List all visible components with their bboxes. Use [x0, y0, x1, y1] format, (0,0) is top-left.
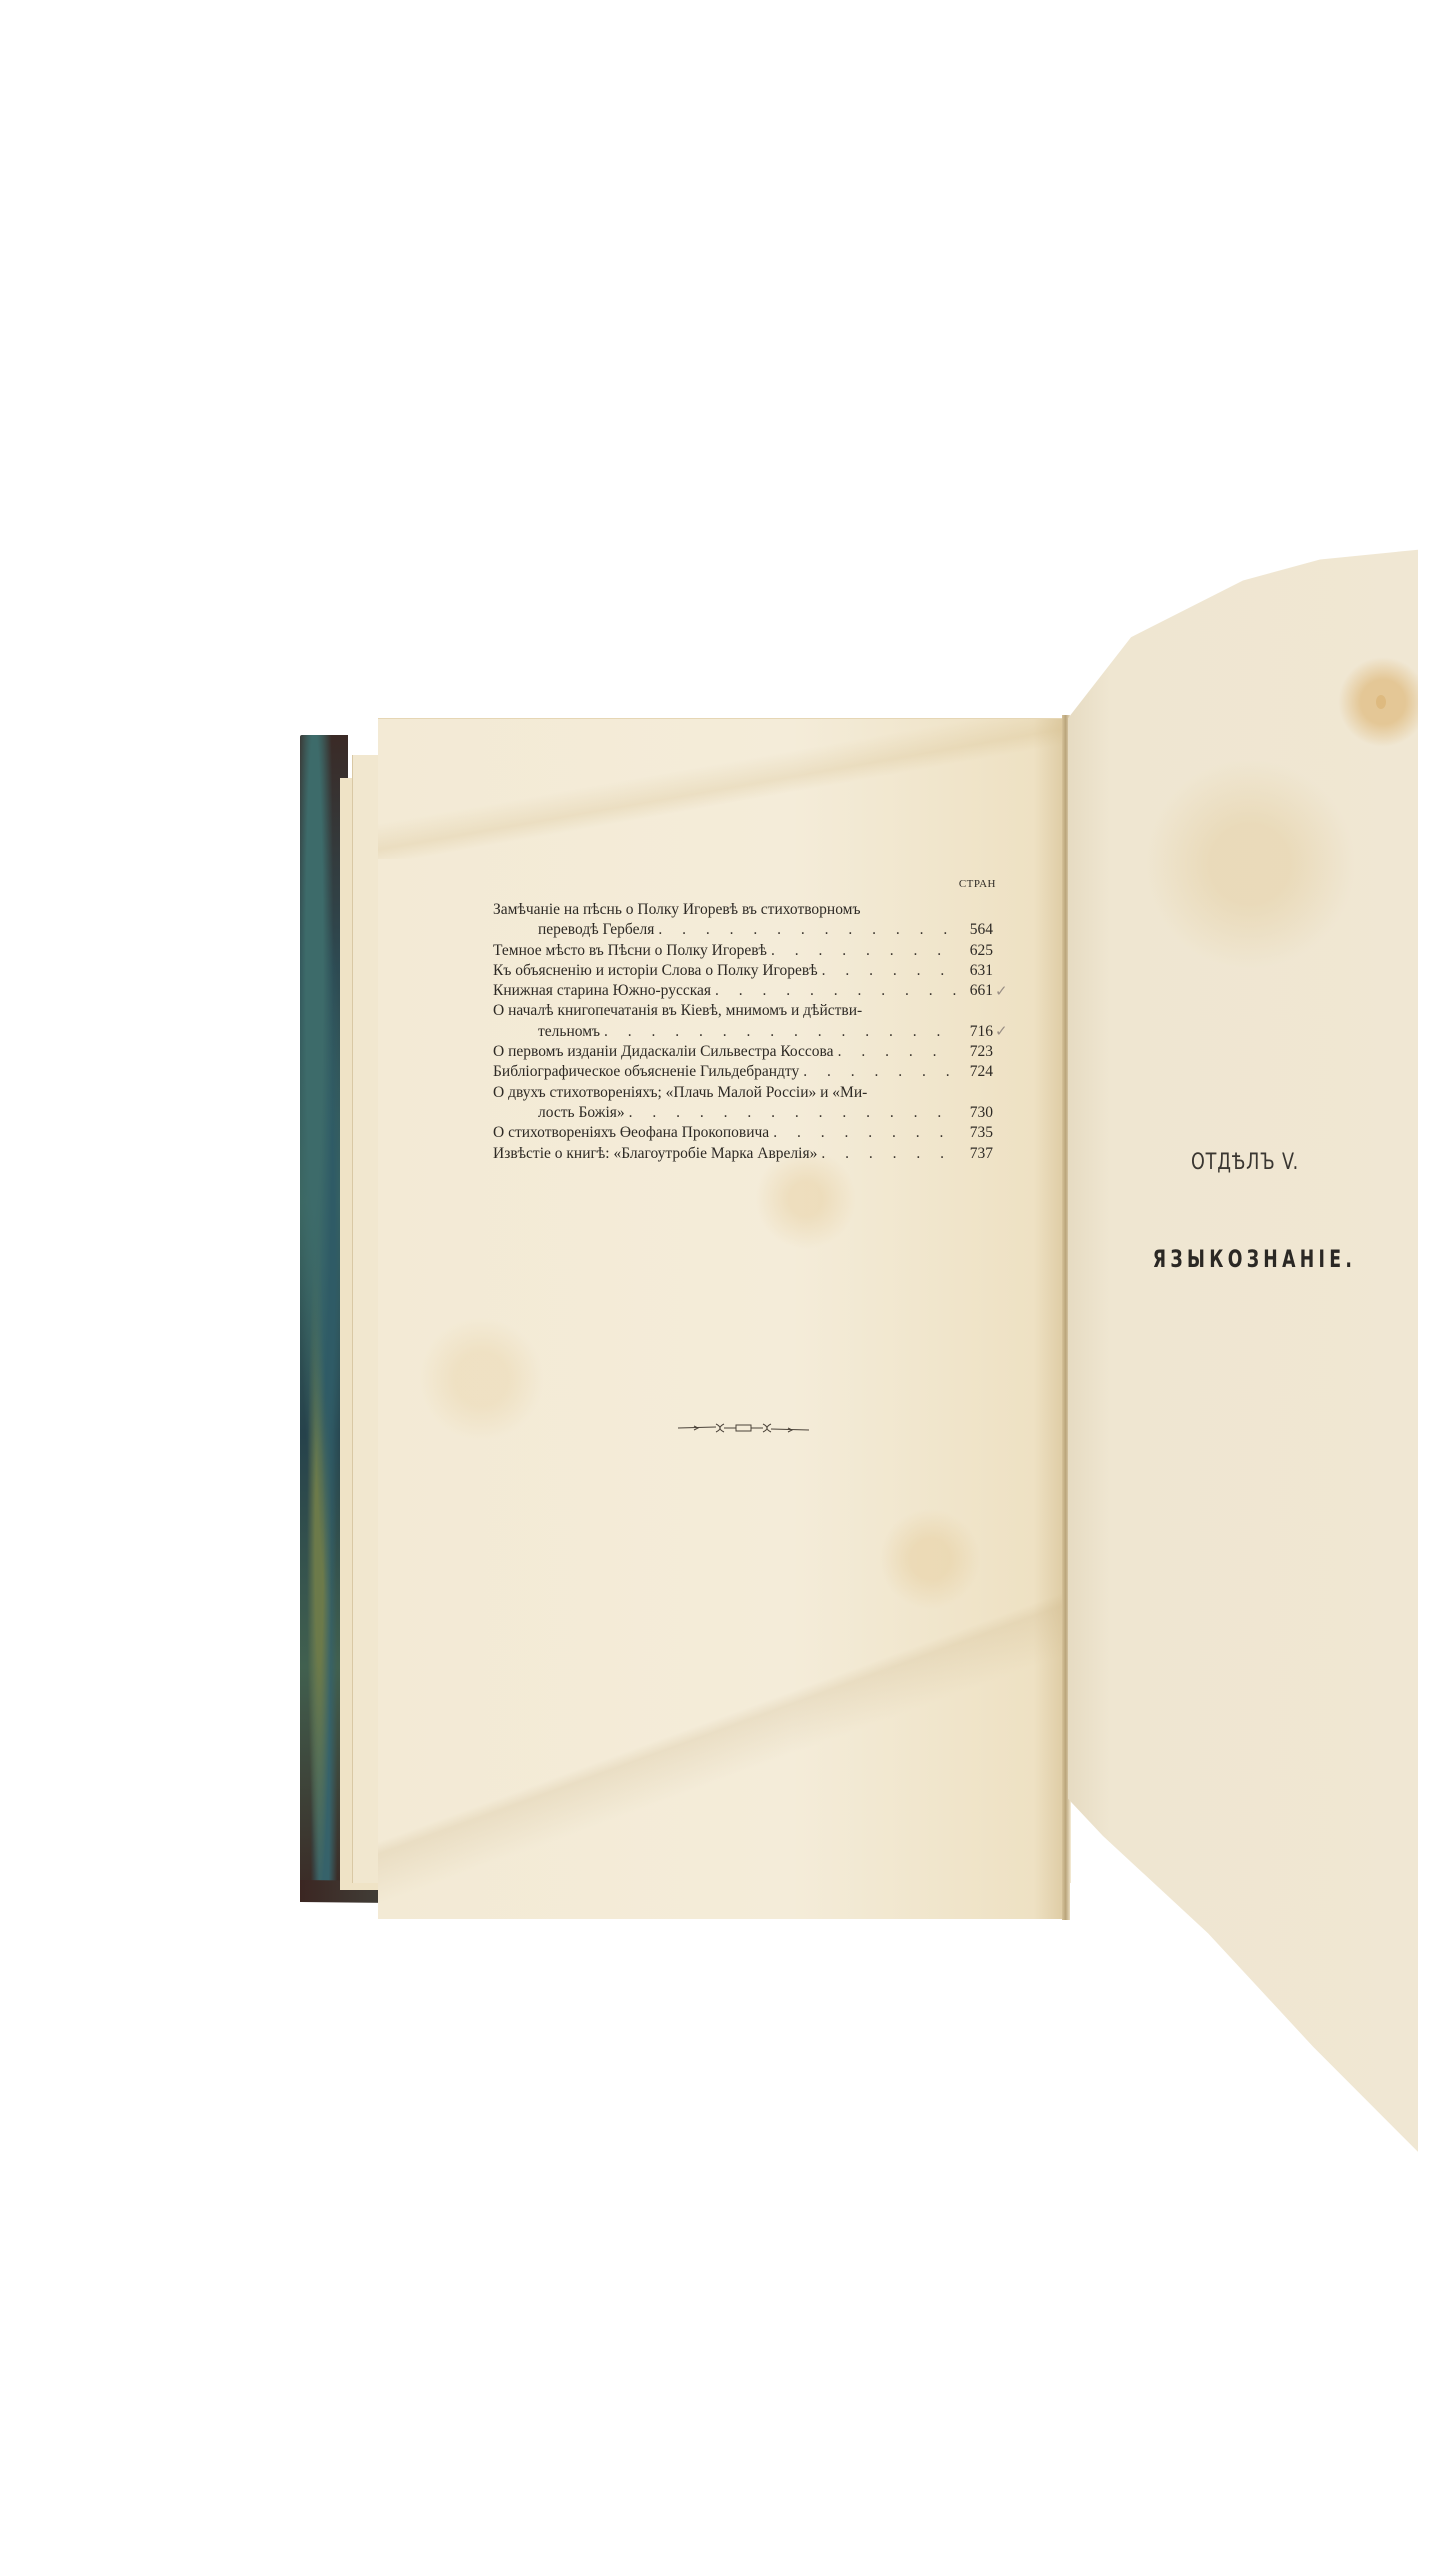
leader-dots — [771, 941, 957, 961]
leader-dots — [773, 1123, 957, 1143]
water-stain — [378, 719, 1068, 859]
leader-dots — [715, 981, 957, 1001]
toc-page-number: 716 — [961, 1022, 993, 1042]
leader-dots — [658, 920, 957, 940]
toc-entry: Извѣстіе о книгѣ: «Благоутробіе Марка Ав… — [493, 1144, 993, 1164]
toc-page-number: 631 — [961, 961, 993, 981]
section-title: ЯЗЫКОЗНАНІЕ. — [1153, 1245, 1347, 1273]
page-column-header: СТРАН — [959, 878, 996, 890]
pencil-check-icon: ✓ — [995, 1021, 1008, 1041]
toc-entry-title: Замѣчаніе на пѣснь о Полку Игоревѣ въ ст… — [493, 900, 861, 920]
toc-entry-continuation: тельномъ — [538, 1022, 600, 1042]
toc-page-number: 737 — [961, 1144, 993, 1164]
leader-dots — [629, 1103, 957, 1123]
toc-entry-title: Книжная старина Южно-русская — [493, 981, 711, 1001]
toc-entry-title: Библіографическое объясненіе Гильдебранд… — [493, 1062, 799, 1082]
leader-dots — [803, 1062, 957, 1082]
toc-entry: О началѣ книгопечатанія въ Кіевѣ, мнимом… — [493, 1001, 993, 1042]
toc-page-number: 564 — [961, 920, 993, 940]
toc-page-number: 661 — [961, 981, 993, 1001]
toc-entry-title: О двухъ стихотвореніяхъ; «Плачь Малой Ро… — [493, 1083, 867, 1103]
toc-entry-title: Извѣстіе о книгѣ: «Благоутробіе Марка Ав… — [493, 1144, 817, 1164]
toc-entry-continuation: лость Божія» — [538, 1103, 625, 1123]
toc-entry-title: О первомъ изданіи Дидаскаліи Сильвестра … — [493, 1042, 834, 1062]
leader-dots — [822, 961, 957, 981]
page-fold-crease — [378, 1539, 1068, 1919]
toc-entry: Библіографическое объясненіе Гильдебранд… — [493, 1062, 993, 1082]
toc-entry-title: Къ объясненію и исторіи Слова о Полку Иг… — [493, 961, 818, 981]
table-of-contents: СТРАН Замѣчаніе на пѣснь о Полку Игоревѣ… — [493, 880, 993, 1164]
right-page — [1068, 540, 1418, 2160]
toc-entry: Темное мѣсто въ Пѣсни о Полку Игоревѣ625 — [493, 941, 993, 961]
ornament-rule-icon — [676, 1418, 811, 1438]
toc-entry: Замѣчаніе на пѣснь о Полку Игоревѣ въ ст… — [493, 900, 993, 941]
toc-page-number: 724 — [961, 1062, 993, 1082]
toc-page-number: 735 — [961, 1123, 993, 1143]
leader-dots — [838, 1042, 957, 1062]
toc-page-number: 730 — [961, 1103, 993, 1123]
toc-entry-title: О стихотвореніяхъ Өеофана Прокоповича — [493, 1123, 769, 1143]
toc-page-number: 723 — [961, 1042, 993, 1062]
leader-dots — [604, 1022, 957, 1042]
toc-page-number: 625 — [961, 941, 993, 961]
pencil-check-icon: ✓ — [995, 981, 1008, 1001]
toc-entry: О первомъ изданіи Дидаскаліи Сильвестра … — [493, 1042, 993, 1062]
toc-entry: О двухъ стихотвореніяхъ; «Плачь Малой Ро… — [493, 1083, 993, 1124]
toc-entry: Къ объясненію и исторіи Слова о Полку Иг… — [493, 961, 993, 981]
toc-entry-title: Темное мѣсто въ Пѣсни о Полку Игоревѣ — [493, 941, 767, 961]
toc-list: Замѣчаніе на пѣснь о Полку Игоревѣ въ ст… — [493, 900, 993, 1164]
toc-entry: Книжная старина Южно-русская661 ✓ — [493, 981, 993, 1001]
leader-dots — [821, 1144, 957, 1164]
toc-entry-continuation: переводѣ Гербеля — [538, 920, 654, 940]
section-label: ОТДѢЛЪ V. — [1169, 1150, 1321, 1175]
toc-entry: О стихотвореніяхъ Өеофана Прокоповича735 — [493, 1123, 993, 1143]
toc-entry-title: О началѣ книгопечатанія въ Кіевѣ, мнимом… — [493, 1001, 862, 1021]
